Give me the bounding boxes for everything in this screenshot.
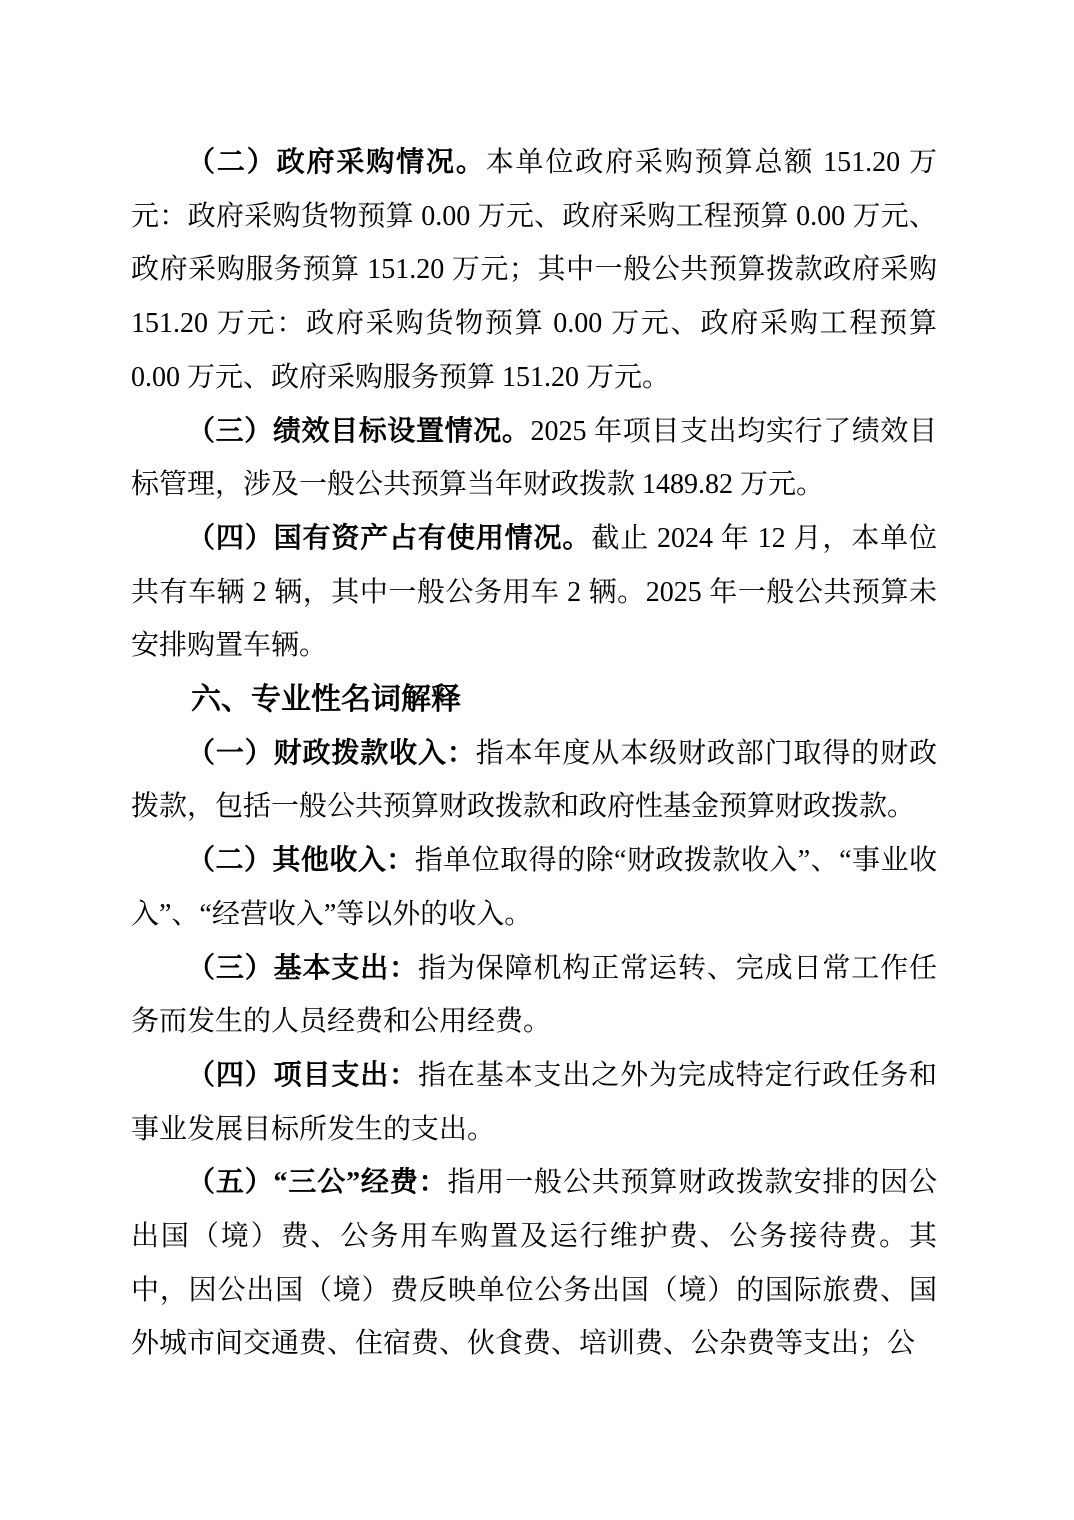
paragraph-lead: （三）基本支出：	[187, 953, 418, 984]
paragraph-lead: （三）绩效目标设置情况。	[187, 416, 531, 447]
paragraph-term-project-expense: （四）项目支出：指在基本支出之外为完成特定行政任务和事业发展目标所发生的支出。	[131, 1049, 937, 1156]
section-heading-terminology: 六、专业性名词解释	[131, 673, 937, 727]
paragraph-lead: （四）项目支出：	[187, 1060, 418, 1091]
document-page: （二）政府采购情况。本单位政府采购预算总额 151.20 万元：政府采购货物预算…	[131, 136, 937, 1371]
paragraph-gov-procurement: （二）政府采购情况。本单位政府采购预算总额 151.20 万元：政府采购货物预算…	[131, 136, 937, 405]
paragraph-lead: （二）其他收入：	[187, 845, 415, 876]
paragraph-term-fiscal-income: （一）财政拨款收入：指本年度从本级财政部门取得的财政拨款，包括一般公共预算财政拨…	[131, 727, 937, 834]
paragraph-state-assets: （四）国有资产占有使用情况。截止 2024 年 12 月，本单位共有车辆 2 辆…	[131, 512, 937, 673]
paragraph-term-basic-expense: （三）基本支出：指为保障机构正常运转、完成日常工作任务而发生的人员经费和公用经费…	[131, 942, 937, 1049]
paragraph-lead: （一）财政拨款收入：	[187, 738, 476, 769]
paragraph-lead: （四）国有资产占有使用情况。	[187, 523, 591, 554]
paragraph-lead: （五）“三公”经费：	[187, 1167, 447, 1198]
paragraph-performance-targets: （三）绩效目标设置情况。2025 年项目支出均实行了绩效目标管理，涉及一般公共预…	[131, 405, 937, 512]
paragraph-term-three-public-funds: （五）“三公”经费：指用一般公共预算财政拨款安排的因公出国（境）费、公务用车购置…	[131, 1156, 937, 1371]
paragraph-lead: （二）政府采购情况。	[187, 147, 486, 178]
paragraph-term-other-income: （二）其他收入：指单位取得的除“财政拨款收入”、“事业收入”、“经营收入”等以外…	[131, 834, 937, 941]
paragraph-text: 本单位政府采购预算总额 151.20 万元：政府采购货物预算 0.00 万元、政…	[131, 147, 937, 393]
